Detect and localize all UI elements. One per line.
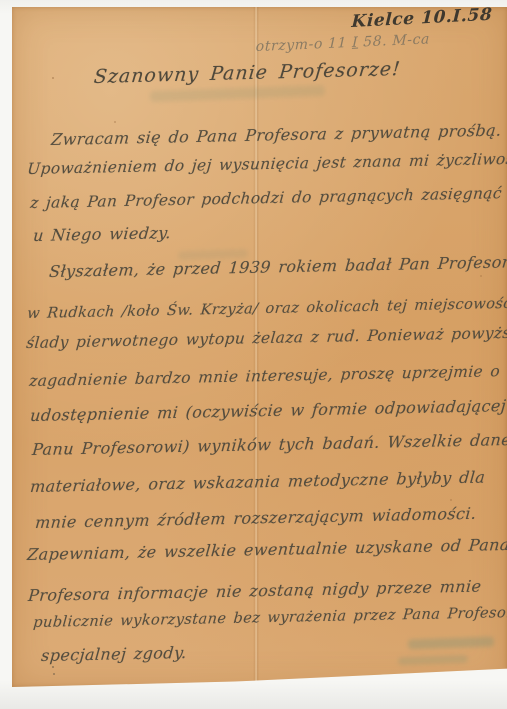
scan-background: Kielce 10.I.58 otrzym-o 11 I 58. M-ca Sz…	[0, 0, 507, 709]
stray-pencil-dots	[52, 666, 54, 668]
paper-speckles	[52, 77, 54, 79]
handwritten-line: specjalnej zgody.	[40, 643, 187, 665]
handwritten-line: u Niego wiedzy.	[32, 223, 171, 245]
received-suffix: 58. M-ca	[358, 31, 430, 50]
